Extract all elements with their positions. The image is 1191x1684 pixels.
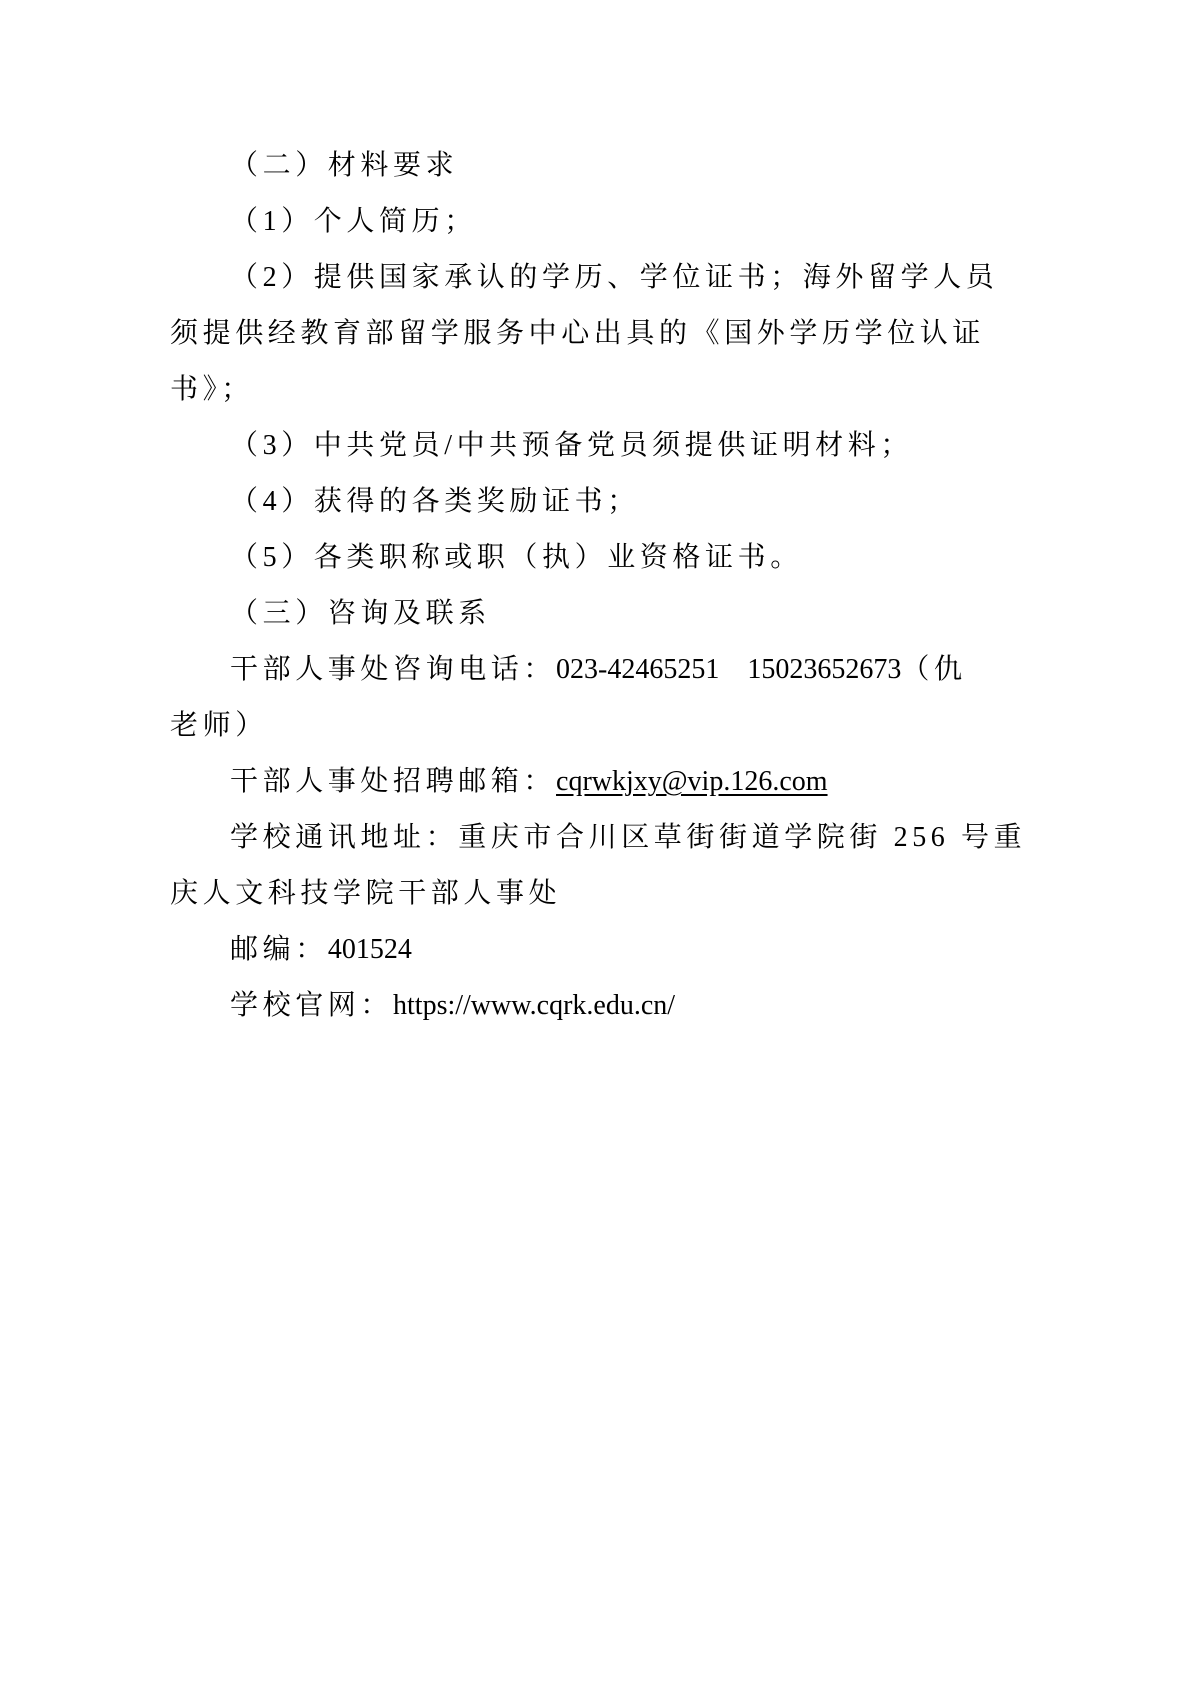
postcode-label: 邮编： — [230, 934, 328, 965]
section-heading-materials: （二）材料要求 — [170, 138, 945, 194]
phone-numbers: 023-42465251 15023652673 — [556, 654, 901, 685]
material-item-4: （4）获得的各类奖励证书； — [170, 474, 945, 530]
contact-email-line: 干部人事处招聘邮箱：cqrwkjxy@vip.126.com — [170, 754, 945, 810]
material-item-2-line-1: （2）提供国家承认的学历、学位证书；海外留学人员 — [170, 250, 945, 306]
document-page: （二）材料要求 （1）个人简历； （2）提供国家承认的学历、学位证书；海外留学人… — [170, 138, 945, 1034]
material-item-2-line-3: 书》； — [170, 362, 945, 418]
contact-phone-line-1: 干部人事处咨询电话：023-42465251 15023652673（仇 — [170, 642, 945, 698]
address-label: 学校通讯地址： — [230, 822, 458, 853]
material-item-1: （1）个人简历； — [170, 194, 945, 250]
material-item-3: （3）中共党员/中共预备党员须提供证明材料； — [170, 418, 945, 474]
postcode-value: 401524 — [328, 934, 412, 965]
material-item-5: （5）各类职称或职（执）业资格证书。 — [170, 530, 945, 586]
phone-suffix: （仇 — [901, 654, 966, 685]
section-heading-contact: （三）咨询及联系 — [170, 586, 945, 642]
address-value-line-1: 重庆市合川区草街街道学院街 256 号重 — [458, 822, 1026, 853]
contact-postcode-line: 邮编：401524 — [170, 922, 945, 978]
contact-address-line-2: 庆人文科技学院干部人事处 — [170, 866, 945, 922]
contact-phone-line-2: 老师） — [170, 698, 945, 754]
contact-address-line-1: 学校通讯地址：重庆市合川区草街街道学院街 256 号重 — [170, 810, 945, 866]
email-link[interactable]: cqrwkjxy@vip.126.com — [556, 766, 828, 797]
material-item-2-line-2: 须提供经教育部留学服务中心出具的《国外学历学位认证 — [170, 306, 945, 362]
website-url[interactable]: https://www.cqrk.edu.cn/ — [393, 990, 675, 1021]
contact-website-line: 学校官网：https://www.cqrk.edu.cn/ — [170, 978, 945, 1034]
email-label: 干部人事处招聘邮箱： — [230, 766, 556, 797]
phone-label: 干部人事处咨询电话： — [230, 654, 556, 685]
website-label: 学校官网： — [230, 990, 393, 1021]
